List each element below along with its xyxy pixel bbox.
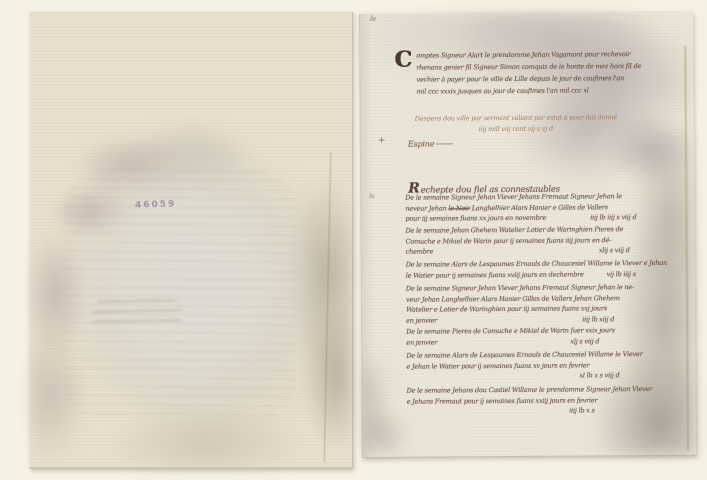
margin-mark: lx [369, 193, 374, 200]
entry-amount: xlij s viij d [599, 246, 630, 254]
entry-line: en jenvier [406, 337, 638, 349]
entry-amount: xl lb x s viij d [579, 371, 619, 379]
text-line: mil ccc xxxix jusques au jour de caufime… [417, 86, 619, 99]
margin-cross-mark: + [378, 136, 385, 146]
ledger-entry: De le semaine Pieres de Comuche e Mikiel… [406, 326, 638, 349]
entry-amount: iiij lb x s [569, 406, 595, 414]
pen-flourish [436, 143, 453, 144]
ledger-entry: De le semaine Jehan Ghehem Watelier Loti… [405, 225, 637, 258]
entry-amount: iiij lb xiij d [582, 315, 614, 323]
entry-line: e Jehans Fremaut pour ij semaines fuans … [407, 396, 639, 408]
annotation-word: Espine [408, 139, 434, 148]
summary-note: Despens dou ville par serment valiant pa… [415, 113, 617, 136]
text-line: iiij mill viij cent vij s vj d [415, 124, 617, 136]
ledger-entry: De le semaine Signeur Jehan Viever Jehan… [405, 192, 637, 225]
entry-amount: iiij lb iiij s viij d [590, 213, 636, 221]
showthrough-text [63, 169, 298, 423]
struck-word: le Noir [448, 204, 469, 212]
marginal-annotation: Espine [408, 139, 453, 148]
ink-smudge [92, 299, 183, 331]
decorated-initial: C [394, 47, 412, 73]
ledger-entry: De le semaine Alars de Lespaumes Ernouls… [406, 259, 638, 282]
ledger-entry: De le semaine Alars de Lespaumes Ernouls… [406, 350, 638, 373]
right-page: le C omptes Signeur Alart le prendomme J… [359, 12, 696, 458]
ledger-entry: De le semaine Jehans dou Castiel Willame… [407, 385, 639, 408]
entry-amount: xlj s viij d [570, 337, 599, 345]
archive-stamp-number: 46059 [135, 199, 177, 210]
folio-mark: le [370, 15, 376, 23]
entry-line: le Watier pour ij semaines fuans xviij j… [406, 270, 638, 282]
ledger-entry: De le semaine Signeur Jehan Viever Jehan… [406, 283, 638, 327]
manuscript-scan: 46059 le C omptes Signeur Alart le prend… [0, 0, 707, 480]
left-page: 46059 [30, 12, 353, 469]
opening-paragraph: C omptes Signeur Alart le prendomme Jeha… [416, 50, 618, 99]
entry-amount: vij lb iiij s [607, 270, 636, 278]
